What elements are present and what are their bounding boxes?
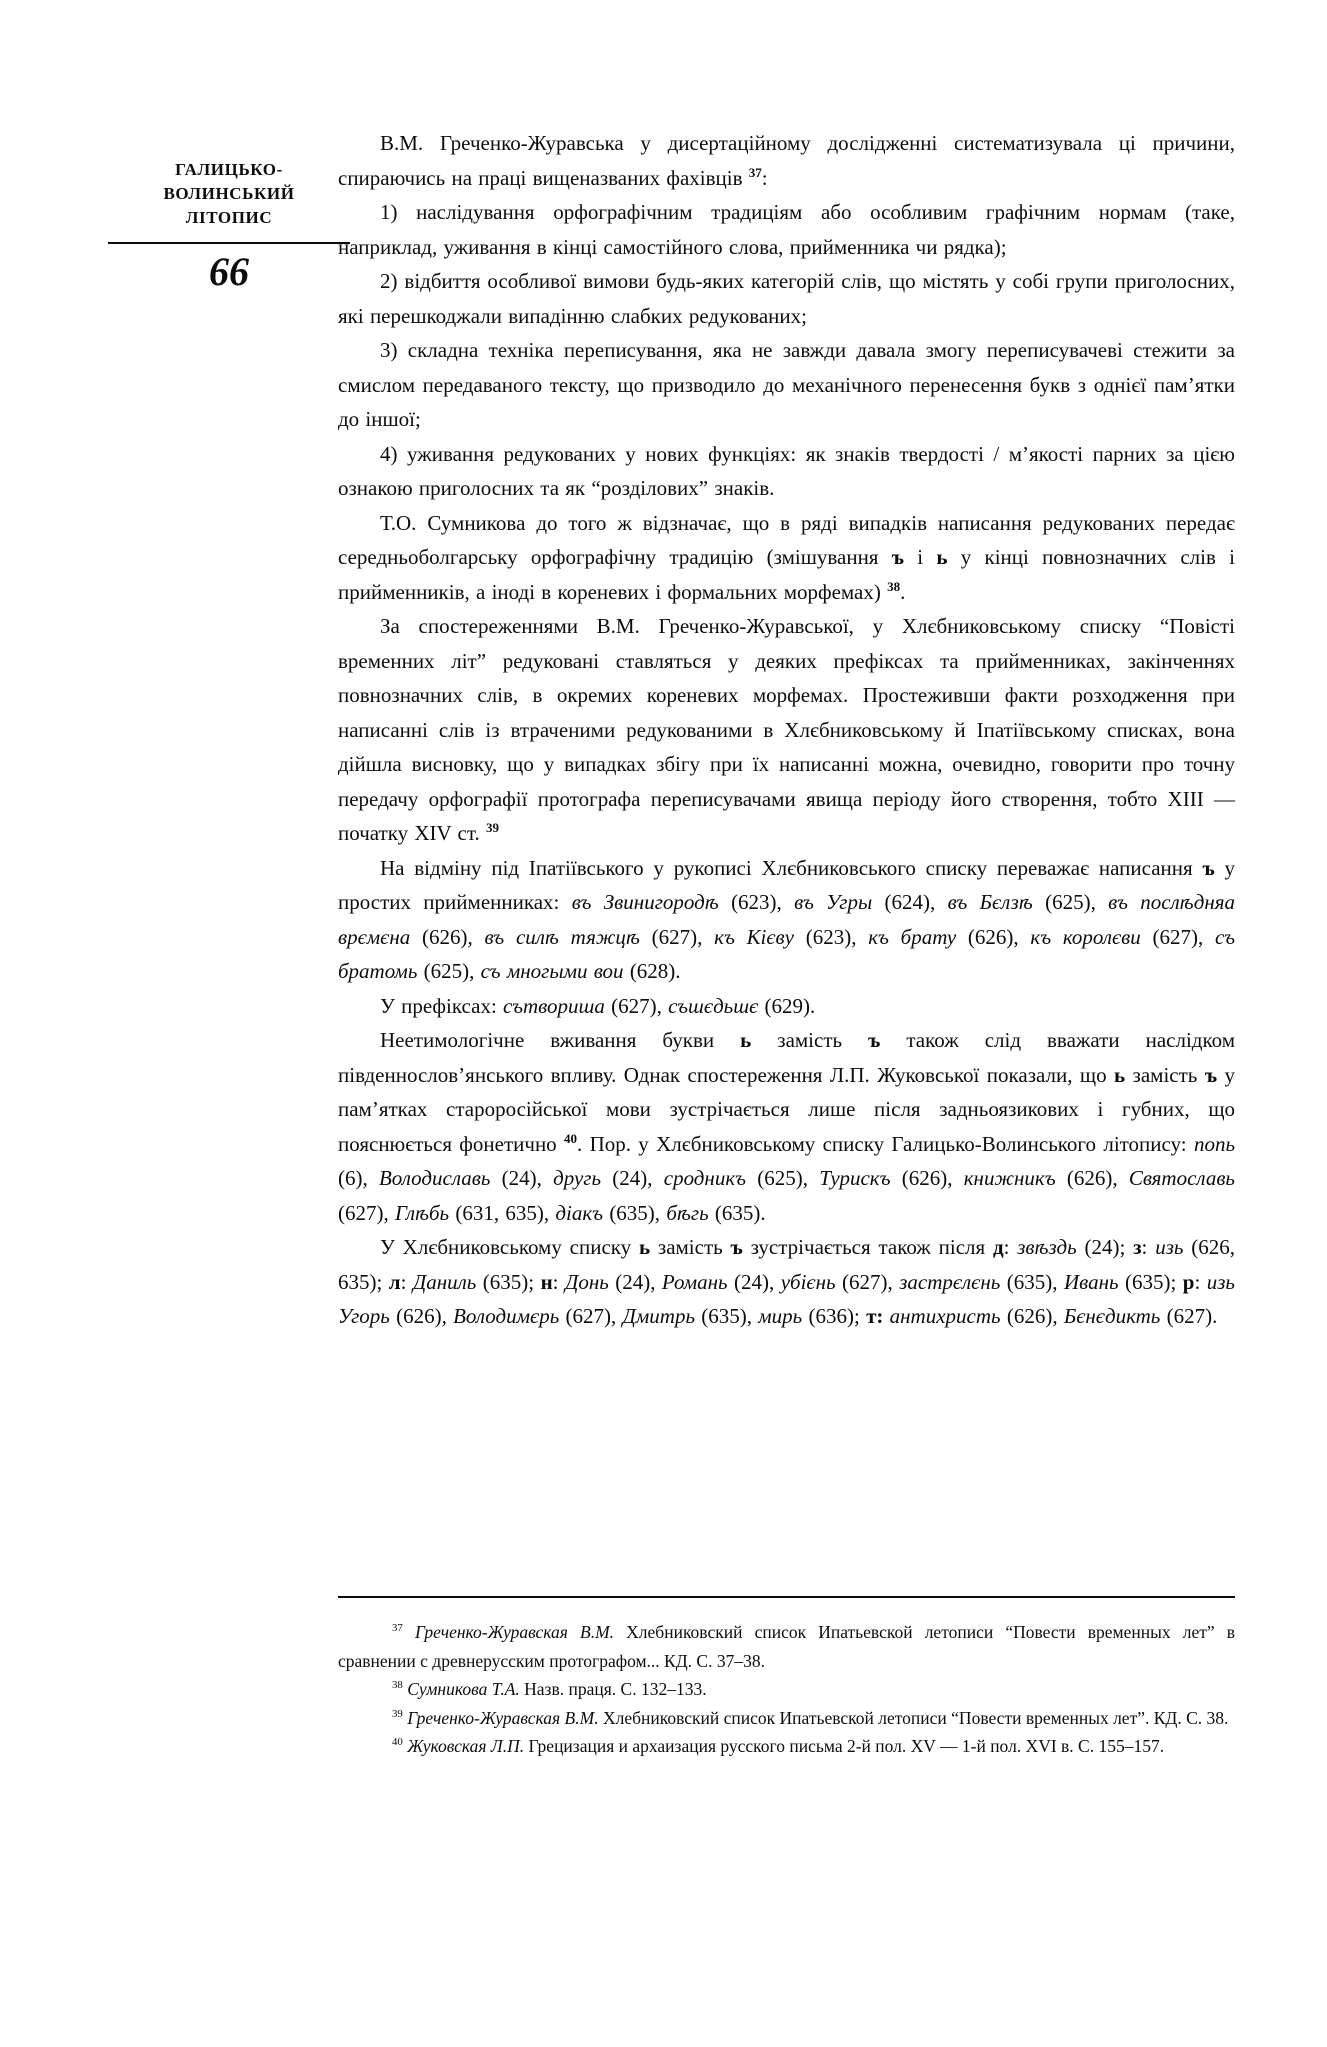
running-title-line: ГАЛИЦЬКО-	[108, 158, 350, 182]
book-page: ГАЛИЦЬКО- ВОЛИНСЬКИЙ ЛІТОПИС 66 В.М. Гре…	[0, 0, 1327, 2047]
paragraph: Т.О. Сумникова до того ж відзначає, що в…	[338, 506, 1235, 610]
footnote: 37 Греченко-Журавская В.М. Хлебниковский…	[338, 1618, 1235, 1675]
paragraph: За спостереженнями В.М. Греченко-Журавсь…	[338, 609, 1235, 851]
paragraph: 1) наслідування орфографічним традиціям …	[338, 195, 1235, 264]
footnote-list: 37 Греченко-Журавская В.М. Хлебниковский…	[338, 1618, 1235, 1761]
footnotes-section: 37 Греченко-Журавская В.М. Хлебниковский…	[338, 1596, 1235, 1761]
paragraph: 4) уживання редукованих у нових функціях…	[338, 437, 1235, 506]
running-title-line: ЛІТОПИС	[108, 206, 350, 230]
running-title: ГАЛИЦЬКО- ВОЛИНСЬКИЙ ЛІТОПИС	[108, 158, 350, 230]
paragraph: На відміну під Іпатіївського у рукописі …	[338, 851, 1235, 989]
footnote: 39 Греченко-Журавская В.М. Хлебниковский…	[338, 1704, 1235, 1733]
footnote: 38 Сумникова Т.А. Назв. праця. С. 132–13…	[338, 1675, 1235, 1704]
margin-header: ГАЛИЦЬКО- ВОЛИНСЬКИЙ ЛІТОПИС 66	[108, 158, 350, 294]
paragraph: У Хлєбниковському списку ь замість ъ зус…	[338, 1230, 1235, 1334]
paragraph: Неетимологічне вживання букви ь замість …	[338, 1023, 1235, 1230]
margin-rule	[108, 242, 350, 244]
footnote: 40 Жуковская Л.П. Грецизация и архаизаци…	[338, 1732, 1235, 1761]
footnote-separator	[338, 1596, 1235, 1598]
page-number: 66	[108, 250, 350, 294]
running-title-line: ВОЛИНСЬКИЙ	[108, 182, 350, 206]
paragraph: 2) відбиття особливої вимови будь-яких к…	[338, 264, 1235, 333]
paragraph: 3) складна техніка переписування, яка не…	[338, 333, 1235, 437]
body-paragraphs: В.М. Греченко-Журавська у дисертаційному…	[338, 126, 1235, 1334]
main-text-column: В.М. Греченко-Журавська у дисертаційному…	[338, 126, 1235, 1334]
paragraph: У префіксах: сътвориша (627), съшєдьшє (…	[338, 989, 1235, 1024]
paragraph: В.М. Греченко-Журавська у дисертаційному…	[338, 126, 1235, 195]
